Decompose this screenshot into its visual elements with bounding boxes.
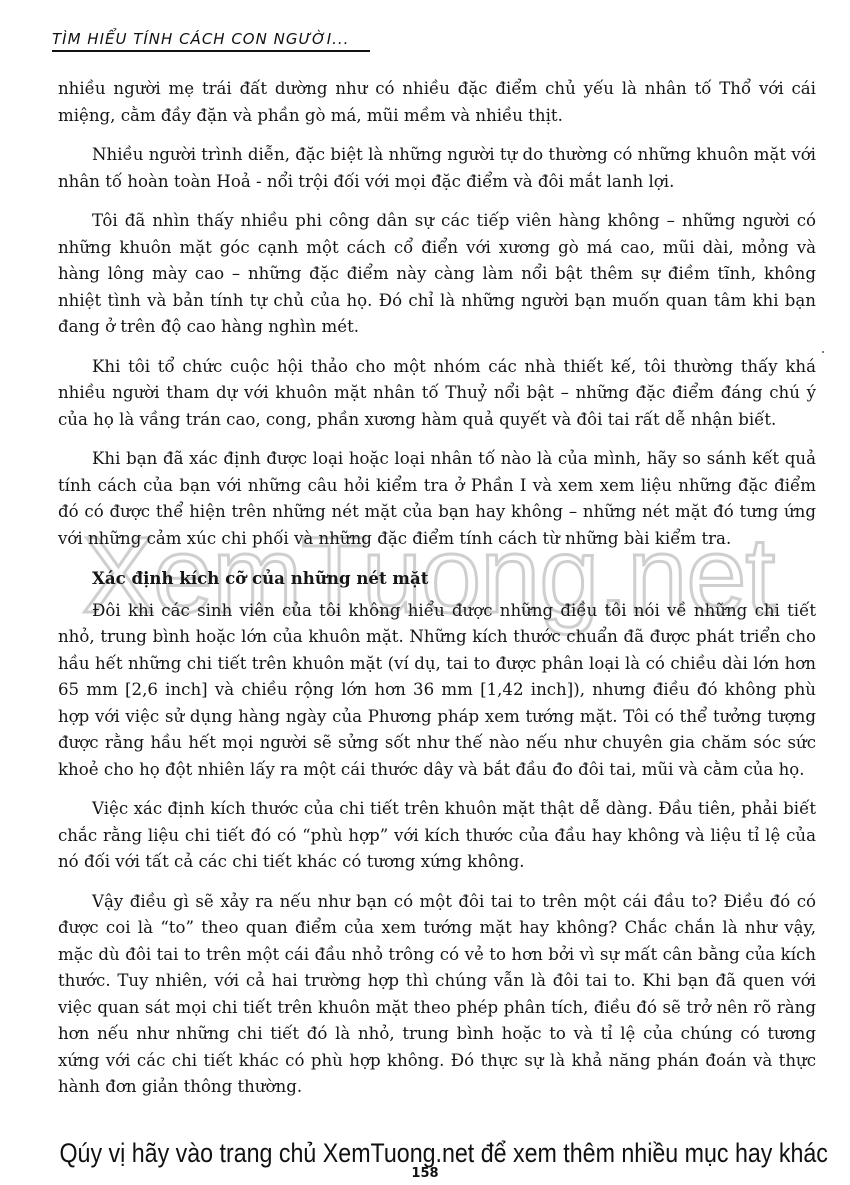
page-number: 158 — [405, 1166, 445, 1181]
body-text: nhiều người mẹ trái đất dường như có nhi… — [58, 76, 816, 1114]
paragraph: Việc xác định kích thước của chi tiết tr… — [58, 796, 816, 876]
promo-link-text[interactable]: Qúy vị hãy vào trang chủ XemTuong.net để… — [60, 1138, 791, 1169]
running-header-title: TÌM HIỂU TÍNH CÁCH CON NGƯỜI... — [52, 30, 370, 52]
paragraph: Nhiều người trình diễn, đặc biệt là nhữn… — [58, 142, 816, 195]
paragraph: Khi bạn đã xác định được loại hoặc loại … — [58, 446, 816, 552]
scan-artifact — [822, 351, 824, 353]
paragraph: Vậy điều gì sẽ xảy ra nếu như bạn có một… — [58, 889, 816, 1101]
paragraph: Tôi đã nhìn thấy nhiều phi công dân sự c… — [58, 208, 816, 341]
paragraph: Đôi khi các sinh viên của tôi không hiểu… — [58, 598, 816, 784]
paragraph: Khi tôi tổ chức cuộc hội thảo cho một nh… — [58, 354, 816, 434]
paragraph: nhiều người mẹ trái đất dường như có nhi… — [58, 76, 816, 129]
book-page: TÌM HIỂU TÍNH CÁCH CON NGƯỜI... XemTuong… — [0, 0, 850, 1185]
section-heading: Xác định kích cỡ của những nét mặt — [92, 565, 816, 592]
